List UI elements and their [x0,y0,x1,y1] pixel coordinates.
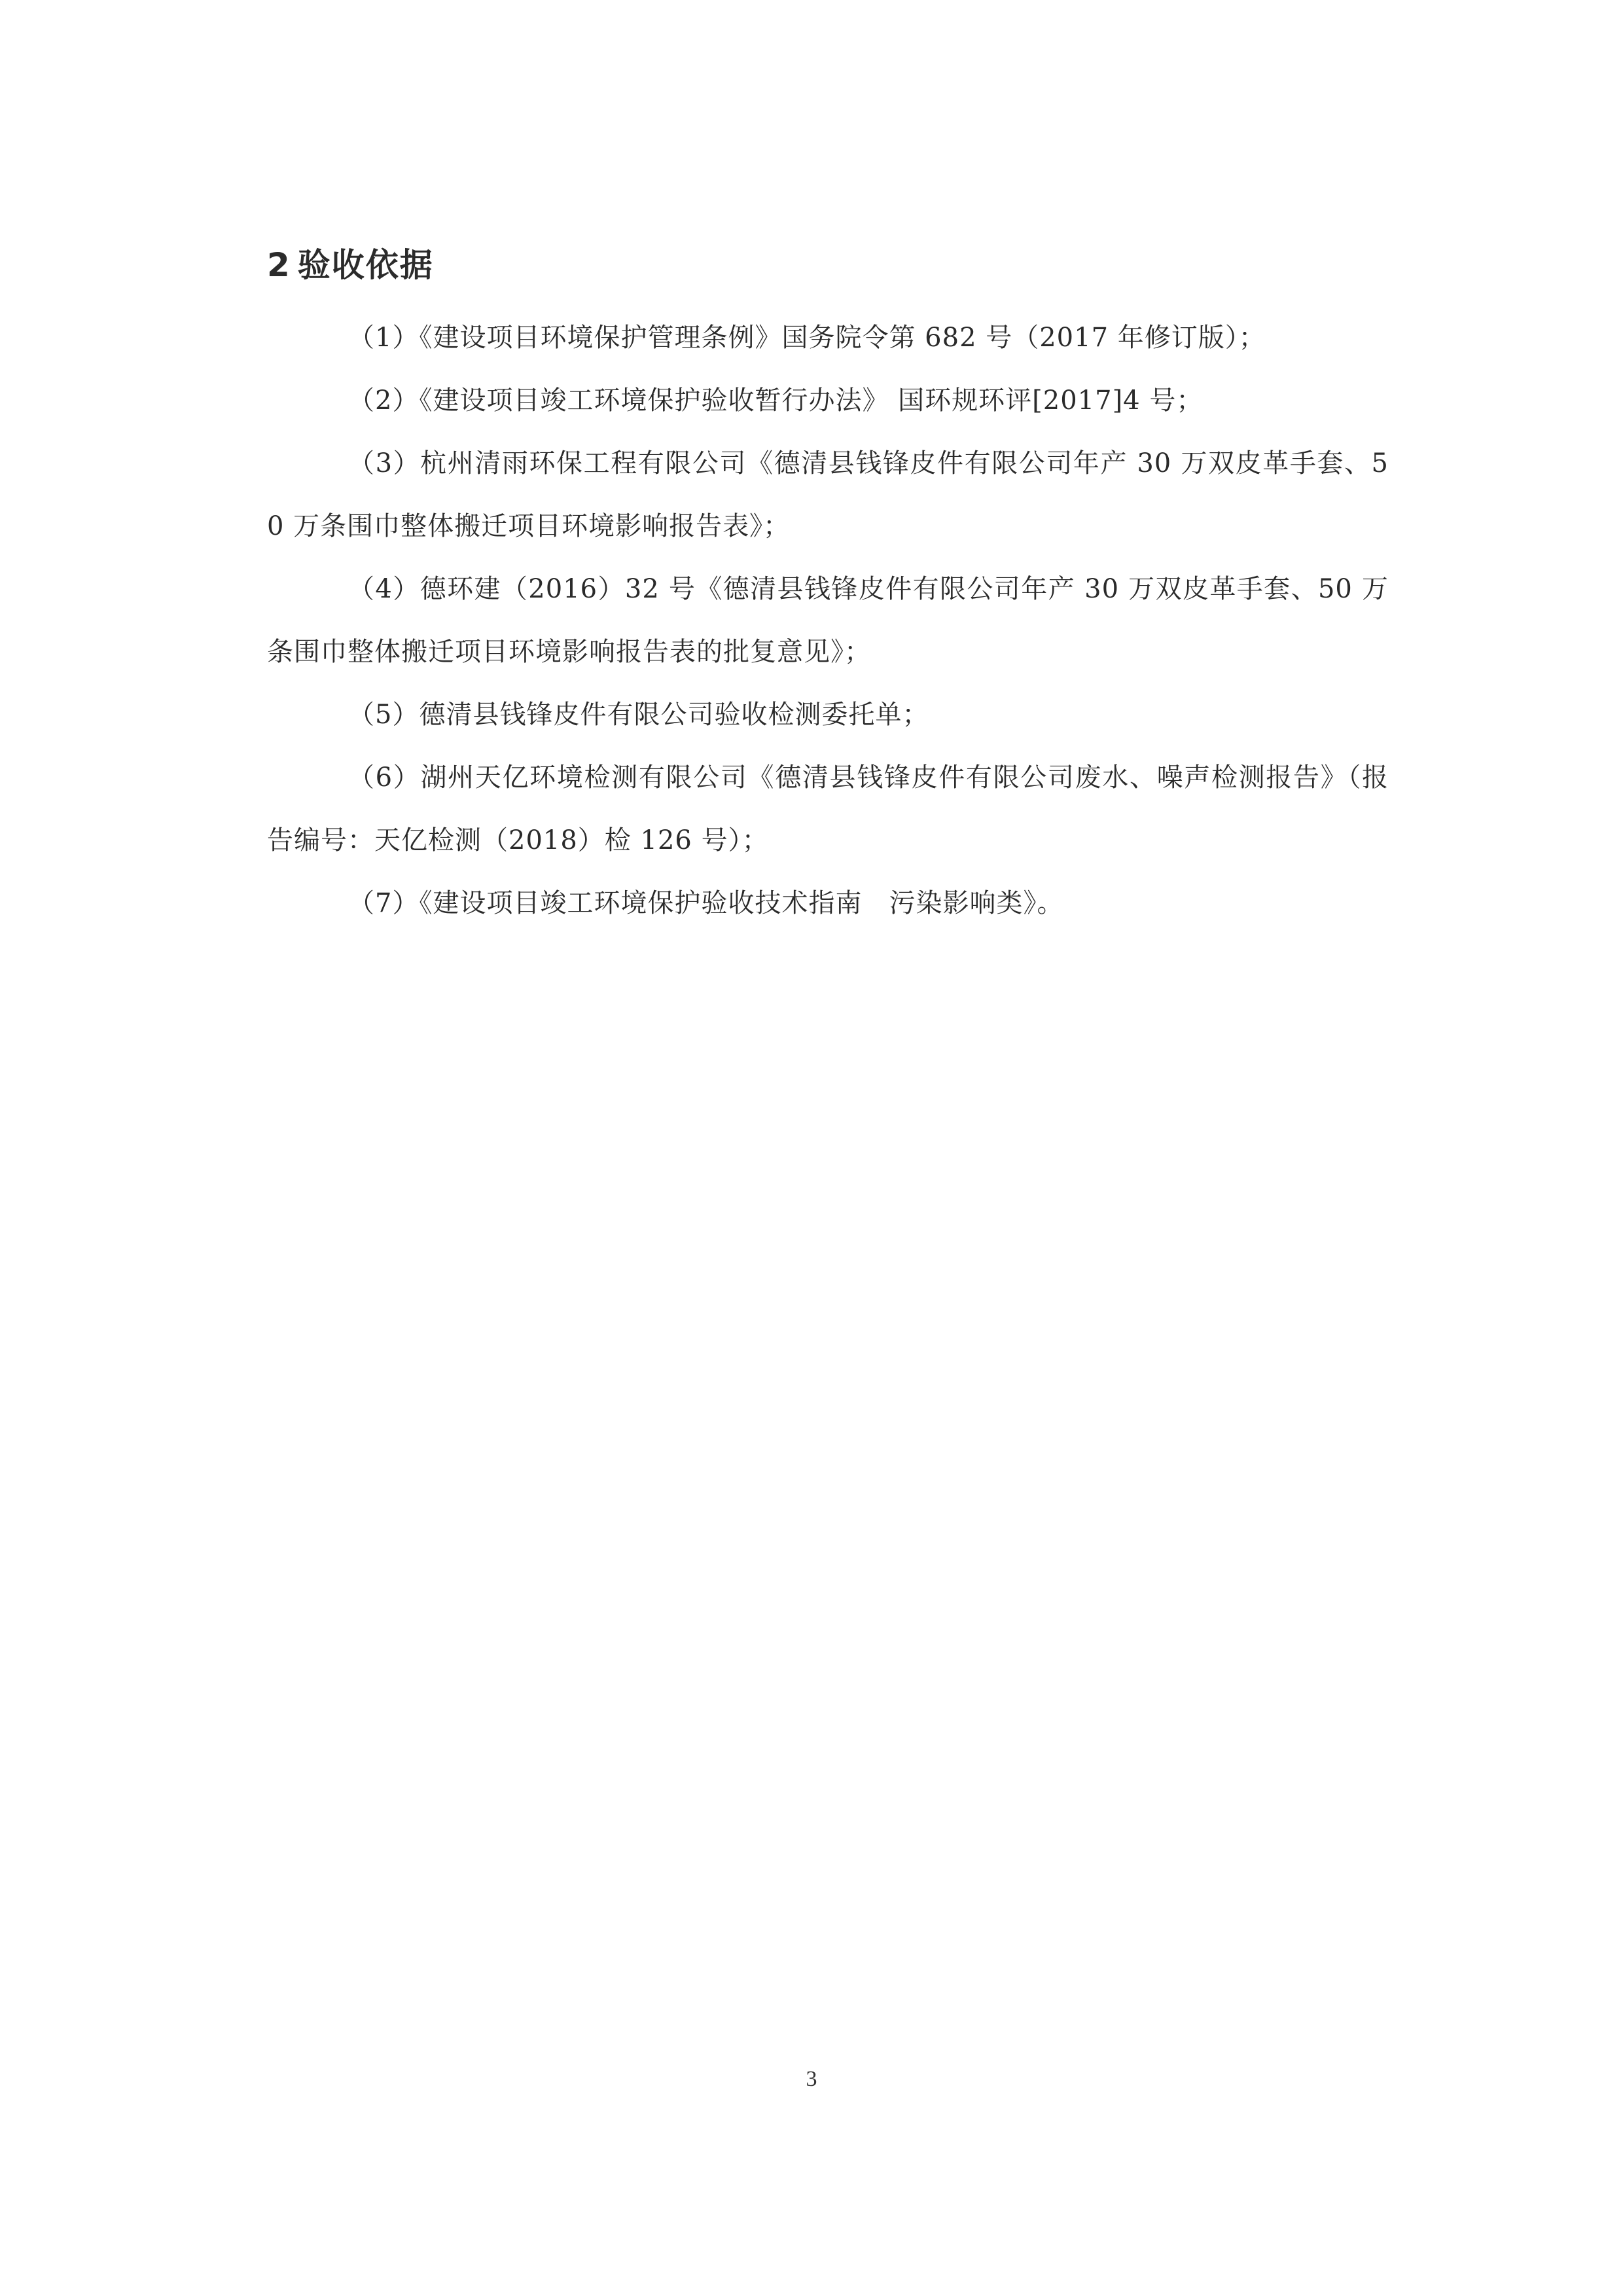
section-number: 2 [267,246,291,284]
reference-text: 《建设项目竣工环境保护验收暂行办法》 国环规环评[2017]4 号； [419,386,1203,416]
reference-item: （5）德清县钱锋皮件有限公司验收检测委托单； [267,683,1389,746]
reference-label: （3） [348,448,420,478]
reference-label: （4） [348,574,420,604]
reference-text: 《建设项目环境保护管理条例》国务院令第 682 号（2017 年修订版）； [419,323,1265,353]
page-number: 3 [0,2067,1623,2092]
reference-item: （6）湖州天亿环境检测有限公司《德清县钱锋皮件有限公司废水、噪声检测报告》（报告… [267,746,1389,872]
document-page: 2验收依据 （1）《建设项目环境保护管理条例》国务院令第 682 号（2017 … [267,242,1389,935]
reference-label: （6） [348,762,420,793]
reference-item: （4）德环建（2016）32 号《德清县钱锋皮件有限公司年产 30 万双皮革手套… [267,558,1389,683]
reference-label: （2） [348,386,419,416]
reference-item: （7）《建设项目竣工环境保护验收技术指南 污染影响类》。 [267,872,1389,935]
reference-text: 《建设项目竣工环境保护验收技术指南 污染影响类》。 [419,888,1063,918]
reference-text: 杭州清雨环保工程有限公司《德清县钱锋皮件有限公司年产 30 万双皮革手套、50 … [267,448,1389,541]
reference-text: 德清县钱锋皮件有限公司验收检测委托单； [419,700,929,730]
reference-label: （1） [348,323,419,353]
reference-item: （3）杭州清雨环保工程有限公司《德清县钱锋皮件有限公司年产 30 万双皮革手套、… [267,432,1389,558]
reference-item: （2）《建设项目竣工环境保护验收暂行办法》 国环规环评[2017]4 号； [267,369,1389,432]
section-title: 验收依据 [298,246,434,284]
reference-item: （1）《建设项目环境保护管理条例》国务院令第 682 号（2017 年修订版）； [267,306,1389,369]
reference-label: （7） [348,888,419,918]
reference-list: （1）《建设项目环境保护管理条例》国务院令第 682 号（2017 年修订版）；… [267,306,1389,935]
reference-text: 德环建（2016）32 号《德清县钱锋皮件有限公司年产 30 万双皮革手套、50… [267,574,1389,667]
section-heading: 2验收依据 [267,242,1389,288]
reference-label: （5） [348,700,419,730]
reference-text: 湖州天亿环境检测有限公司《德清县钱锋皮件有限公司废水、噪声检测报告》（报告编号：… [267,762,1389,855]
